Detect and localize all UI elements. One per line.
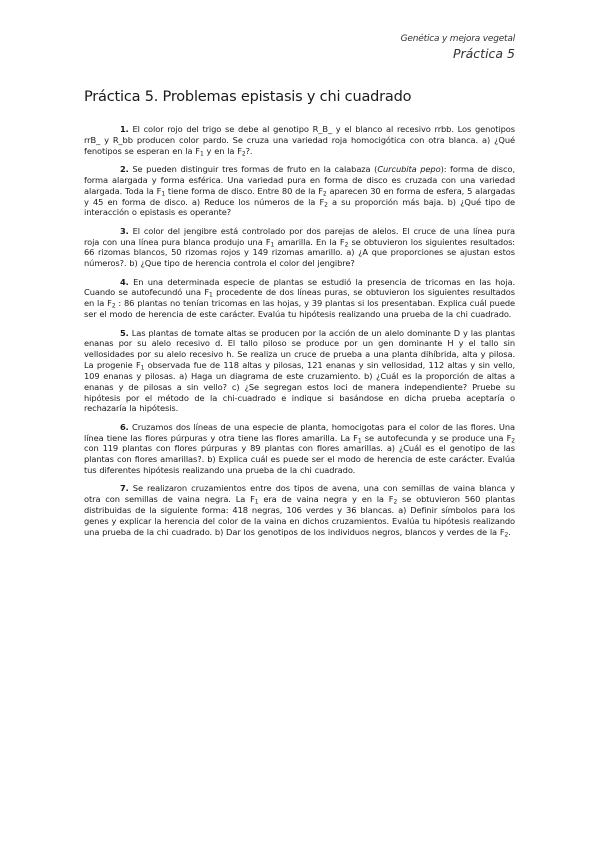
problem-6: 6. Cruzamos dos líneas de una especie de…	[84, 422, 515, 476]
problem-number: 1.	[120, 124, 129, 134]
problem-list: 1. El color rojo del trigo se debe al ge…	[84, 124, 515, 545]
problem-text: El color rojo del trigo se debe al genot…	[84, 124, 515, 156]
problem-4: 4. En una determinada especie de plantas…	[84, 277, 515, 320]
problem-7: 7. Se realizaron cruzamientos entre dos …	[84, 483, 515, 537]
page-header: Genética y mejora vegetal Práctica 5	[401, 33, 515, 61]
page-title: Práctica 5. Problemas epistasis y chi cu…	[84, 89, 411, 105]
problem-text: En una determinada especie de plantas se…	[84, 277, 515, 320]
problem-number: 7.	[120, 483, 129, 493]
problem-3: 3. El color del jengibre está controlado…	[84, 226, 515, 269]
problem-number: 4.	[120, 277, 129, 287]
problem-number: 5.	[120, 328, 129, 338]
problem-text: El color del jengibre está controlado po…	[84, 226, 515, 269]
problem-text: Se pueden distinguir tres formas de frut…	[84, 164, 515, 217]
problem-number: 2.	[120, 164, 129, 174]
problem-2: 2. Se pueden distinguir tres formas de f…	[84, 164, 515, 218]
problem-text: Las plantas de tomate altas se producen …	[84, 328, 515, 414]
problem-number: 6.	[120, 422, 129, 432]
problem-text: Cruzamos dos líneas de una especie de pl…	[84, 422, 515, 475]
problem-text: Se realizaron cruzamientos entre dos tip…	[84, 483, 515, 536]
problem-1: 1. El color rojo del trigo se debe al ge…	[84, 124, 515, 157]
course-name: Genética y mejora vegetal	[401, 33, 515, 45]
problem-number: 3.	[120, 226, 129, 236]
problem-5: 5. Las plantas de tomate altas se produc…	[84, 328, 515, 415]
practice-label: Práctica 5	[401, 46, 515, 61]
